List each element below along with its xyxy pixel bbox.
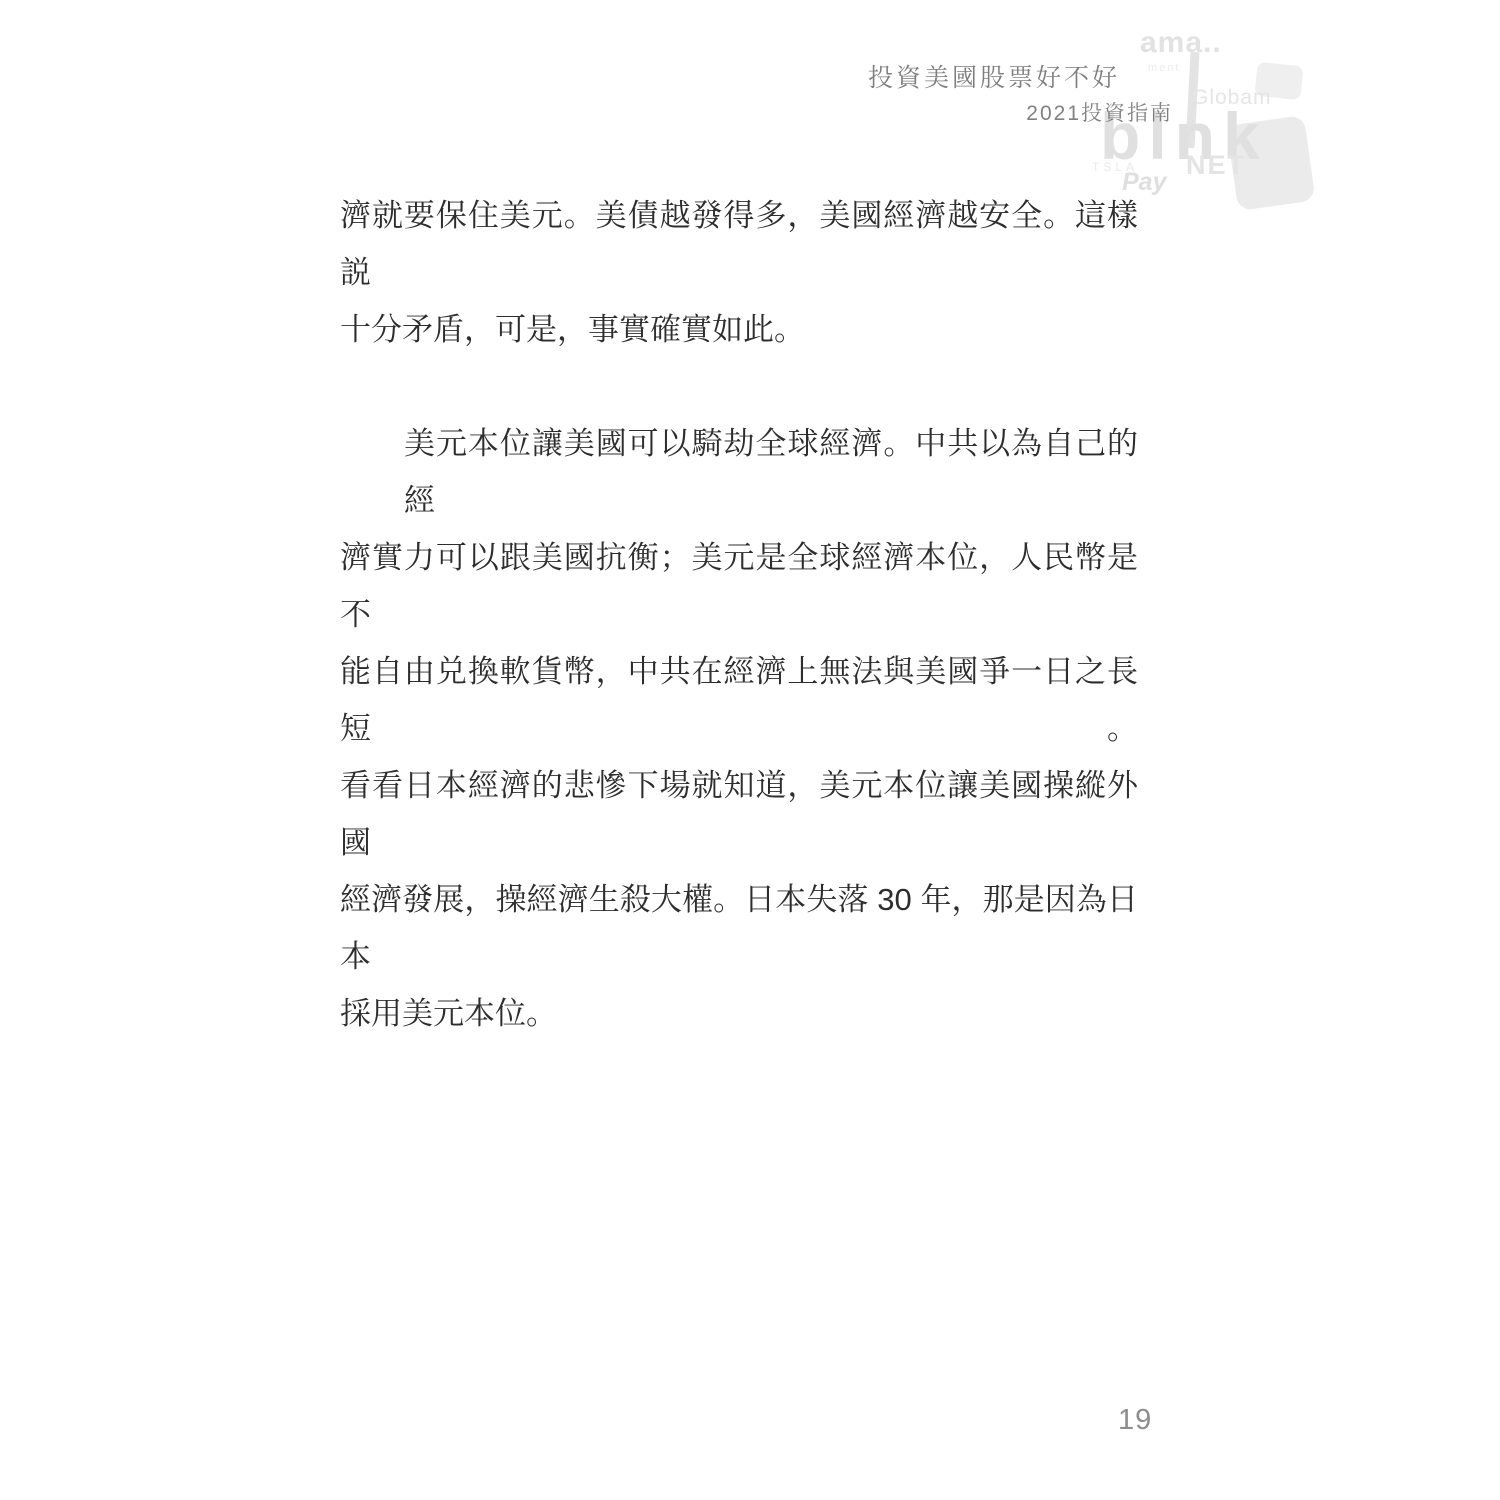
watermark-shape <box>1185 52 1199 148</box>
watermark-word: TSLA <box>1092 160 1138 174</box>
watermark-shape <box>1254 62 1303 101</box>
running-header-subtitle: 2021投資指南 <box>1026 97 1173 127</box>
watermark-shape <box>1226 115 1315 211</box>
text-line: 美元本位讓美國可以騎劫全球經濟。中共以為自己的經 <box>340 415 1138 529</box>
page-number: 19 <box>1118 1404 1152 1437</box>
paragraph: 濟就要保住美元。美債越發得多，美國經濟越安全。這樣説 十分矛盾，可是，事實確實如… <box>340 187 1138 358</box>
watermark-word: ama.. <box>1140 26 1222 60</box>
running-header-title: 投資美國股票好不好 <box>868 58 1120 94</box>
text-line: 經濟發展，操經濟生殺大權。日本失落 30 年，那是因為日本 <box>340 871 1138 985</box>
text-line: 濟實力可以跟美國抗衡；美元是全球經濟本位，人民幣是不 <box>340 529 1138 643</box>
text-line: 濟就要保住美元。美債越發得多，美國經濟越安全。這樣説 <box>340 187 1138 301</box>
text-line: 能自由兑換軟貨幣，中共在經濟上無法與美國爭一日之長短。 <box>340 643 1138 757</box>
paragraph: 美元本位讓美國可以騎劫全球經濟。中共以為自己的經 濟實力可以跟美國抗衡；美元是全… <box>340 415 1138 1042</box>
watermark-word: ment <box>1148 62 1180 74</box>
text-line: 十分矛盾，可是，事實確實如此。 <box>340 301 1138 358</box>
watermark-word: NET <box>1186 150 1246 181</box>
watermark-word: Globam <box>1192 86 1272 110</box>
page-body-text: 濟就要保住美元。美債越發得多，美國經濟越安全。這樣説 十分矛盾，可是，事實確實如… <box>340 187 1138 1042</box>
text-line: 採用美元本位。 <box>340 985 1138 1042</box>
text-line: 看看日本經濟的悲慘下場就知道，美元本位讓美國操縱外國 <box>340 757 1138 871</box>
